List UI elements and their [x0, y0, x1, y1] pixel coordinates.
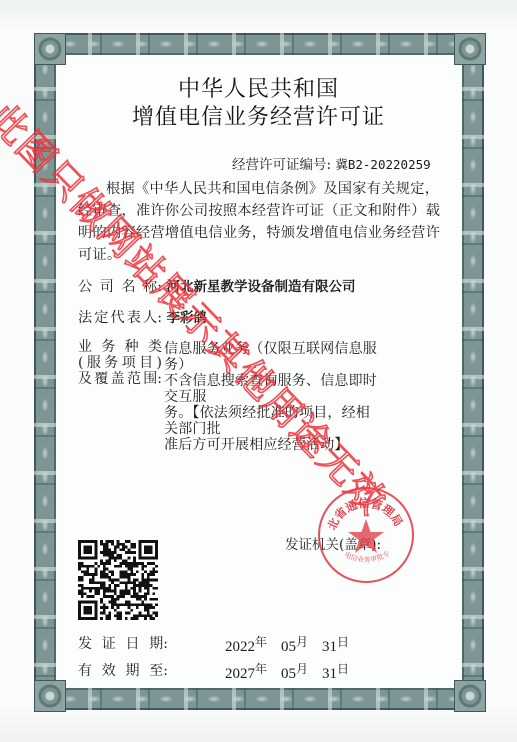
business-scope-label-line: (服务项目) [78, 355, 162, 371]
business-scope-value: 信息服务业务（仅限互联网信息服务）不含信息搜索查询服务、信息即时交互服务。【依法… [164, 341, 384, 453]
business-scope-line: 务。【依法须经批准的项目，经相关部门批 [164, 405, 384, 437]
issue-date-label: 发证日期: [78, 633, 168, 653]
business-scope-line: 不含信息搜索查询服务、信息即时交互服 [164, 373, 384, 405]
legal-representative-label: 法定代表人: [78, 307, 162, 327]
issue-date-row: 发证日期: 2022年05月31日 [78, 633, 168, 653]
qr-code[interactable] [78, 540, 158, 620]
business-scope-line: 准后方可开展相应经营活动】 [164, 437, 384, 453]
business-scope-label-line: 及覆盖范围: [78, 371, 162, 387]
certificate-title: 增值电信业务经营许可证 [0, 100, 517, 131]
company-name-row: 公司名称: 河北新星教学设备制造有限公司 [78, 275, 356, 296]
company-name-value: 河北新星教学设备制造有限公司 [167, 279, 356, 295]
issue-date-value: 2022年05月31日 [225, 633, 363, 656]
license-number: 经营许可证编号: 冀B2-20220259 [232, 153, 431, 173]
business-scope-label: 业务种类(服务项目)及覆盖范围: [78, 339, 162, 387]
license-number-value: 冀B2-20220259 [335, 157, 430, 172]
valid-until-label: 有效期至: [78, 660, 168, 680]
certificate-image: 中华人民共和国 增值电信业务经营许可证 经营许可证编号: 冀B2-2022025… [0, 0, 517, 742]
legal-representative-value: 李彩鸽 [167, 310, 208, 326]
issuing-authority-label: 发证机关(盖章): [285, 533, 381, 553]
legal-representative-row: 法定代表人: 李彩鸽 [78, 306, 207, 327]
company-name-label: 公司名称: [78, 276, 162, 296]
business-scope-label-line: 业务种类 [78, 339, 162, 355]
valid-until-value: 2027年05月31日 [225, 660, 363, 683]
business-scope-line: 信息服务业务（仅限互联网信息服务） [164, 341, 384, 373]
qr-code-icon [78, 540, 158, 620]
valid-until-row: 有效期至: 2027年05月31日 [78, 660, 168, 680]
preamble-text: 根据《中华人民共和国电信条例》及国家有关规定，经审查，准许你公司按照本经营许可证… [78, 178, 444, 266]
license-number-label: 经营许可证编号: [232, 157, 331, 173]
certificate-title-country: 中华人民共和国 [0, 72, 517, 103]
